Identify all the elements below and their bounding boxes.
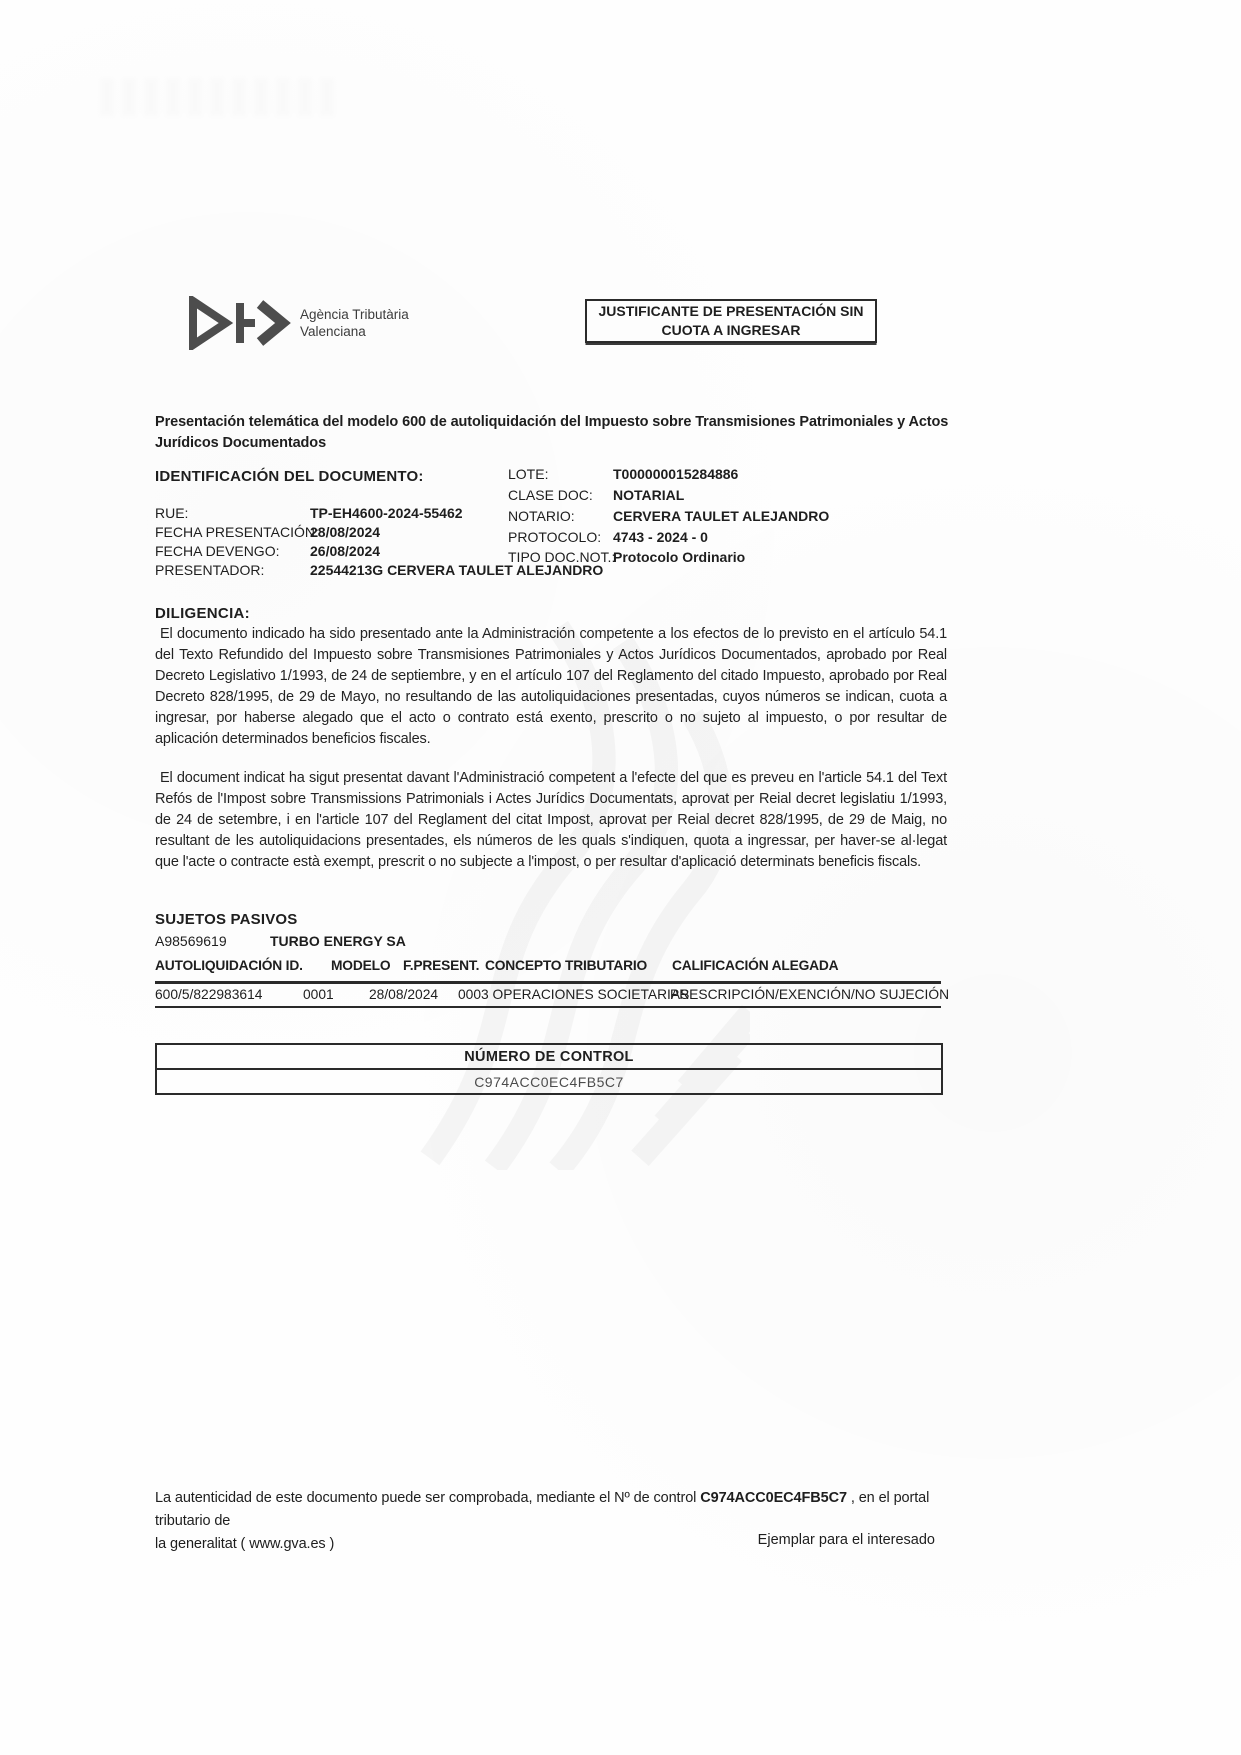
field-fecha-devengo: FECHA DEVENGO:26/08/2024: [155, 543, 380, 559]
autoliquidacion-row: 600/5/822983614 0001 28/08/2024 0003 OPE…: [155, 987, 941, 1007]
field-lote: LOTE:T000000015284886: [508, 466, 738, 482]
numero-de-control-value: C974ACC0EC4FB5C7: [157, 1070, 941, 1093]
field-rue: RUE:TP-EH4600-2024-55462: [155, 505, 463, 521]
field-notario: NOTARIO:CERVERA TAULET ALEJANDRO: [508, 508, 829, 524]
field-label: FECHA PRESENTACIÓN:: [155, 524, 310, 540]
table-bottom-rule: [155, 1006, 941, 1008]
field-label: NOTARIO:: [508, 508, 613, 524]
authenticity-line1: La autenticidad de este documento puede …: [155, 1487, 955, 1533]
autoliquidaciones-header-row: AUTOLIQUIDACIÓN ID. MODELO F.PRESENT. CO…: [155, 958, 941, 978]
field-label: PRESENTADOR:: [155, 562, 310, 578]
faint-stamp-smudge: [100, 78, 340, 116]
field-value: NOTARIAL: [613, 487, 684, 503]
table-header-rule: [155, 981, 941, 984]
agency-name-line2: Valenciana: [300, 323, 409, 340]
col-header-autoliquidacion-id: AUTOLIQUIDACIÓN ID.: [155, 958, 303, 973]
field-tipo-doc-not: TIPO DOC.NOT.:Protocolo Ordinario: [508, 549, 745, 565]
field-label: TIPO DOC.NOT.:: [508, 549, 613, 565]
field-value: Protocolo Ordinario: [613, 549, 745, 565]
authenticity-control-number: C974ACC0EC4FB5C7: [700, 1490, 847, 1506]
diligencia-paragraph-valencian: El document indicat ha sigut presentat d…: [155, 768, 947, 873]
col-header-f-present: F.PRESENT.: [403, 958, 479, 973]
title-line1: JUSTIFICANTE DE PRESENTACIÓN SIN: [599, 302, 864, 321]
field-label: PROTOCOLO:: [508, 529, 613, 545]
field-label: CLASE DOC:: [508, 487, 613, 503]
sujetos-pasivos-heading: SUJETOS PASIVOS: [155, 911, 298, 928]
title-line2: CUOTA A INGRESAR: [662, 321, 801, 340]
identification-heading: IDENTIFICACIÓN DEL DOCUMENTO:: [155, 468, 424, 485]
cell-modelo: 0001: [303, 987, 334, 1002]
field-value: TP-EH4600-2024-55462: [310, 505, 463, 521]
copy-for-interested-label: Ejemplar para el interesado: [600, 1532, 935, 1548]
cell-calificacion: PRESCRIPCIÓN/EXENCIÓN/NO SUJECIÓN: [670, 987, 949, 1002]
field-value: CERVERA TAULET ALEJANDRO: [613, 508, 829, 524]
agency-name-line1: Agència Tributària: [300, 306, 409, 323]
field-protocolo: PROTOCOLO:4743 - 2024 - 0: [508, 529, 708, 545]
field-label: LOTE:: [508, 466, 613, 482]
field-value: 28/08/2024: [310, 524, 380, 540]
document-title-box: JUSTIFICANTE DE PRESENTACIÓN SIN CUOTA A…: [585, 299, 877, 343]
numero-de-control-heading: NÚMERO DE CONTROL: [157, 1045, 941, 1070]
field-label: RUE:: [155, 505, 310, 521]
cell-autoliquidacion-id: 600/5/822983614: [155, 987, 262, 1002]
col-header-calificacion: CALIFICACIÓN ALEGADA: [672, 958, 838, 973]
cell-concepto: 0003 OPERACIONES SOCIETARIAS: [458, 987, 689, 1002]
field-clase-doc: CLASE DOC:NOTARIAL: [508, 487, 684, 503]
sujeto-pasivo-nif: A98569619: [155, 933, 227, 949]
diligencia-paragraph-spanish: El documento indicado ha sido presentado…: [155, 624, 947, 750]
presentation-intro: Presentación telemática del modelo 600 d…: [155, 412, 955, 454]
field-fecha-presentacion: FECHA PRESENTACIÓN:28/08/2024: [155, 524, 380, 540]
authenticity-prefix: La autenticidad de este documento puede …: [155, 1490, 700, 1506]
col-header-modelo: MODELO: [331, 958, 390, 973]
col-header-concepto: CONCEPTO TRIBUTARIO: [485, 958, 647, 973]
cell-f-present: 28/08/2024: [369, 987, 438, 1002]
field-label: FECHA DEVENGO:: [155, 543, 310, 559]
agency-name: Agència Tributària Valenciana: [300, 306, 409, 340]
agencia-tributaria-logo-icon: [188, 296, 292, 350]
field-value: 4743 - 2024 - 0: [613, 529, 708, 545]
diligencia-heading: DILIGENCIA:: [155, 605, 250, 622]
field-value: 26/08/2024: [310, 543, 380, 559]
field-value: T000000015284886: [613, 466, 738, 482]
numero-de-control-box: NÚMERO DE CONTROL C974ACC0EC4FB5C7: [155, 1043, 943, 1095]
sujeto-pasivo-name: TURBO ENERGY SA: [270, 933, 406, 949]
scanned-tax-document: Agència Tributària Valenciana JUSTIFICAN…: [0, 0, 1241, 1755]
